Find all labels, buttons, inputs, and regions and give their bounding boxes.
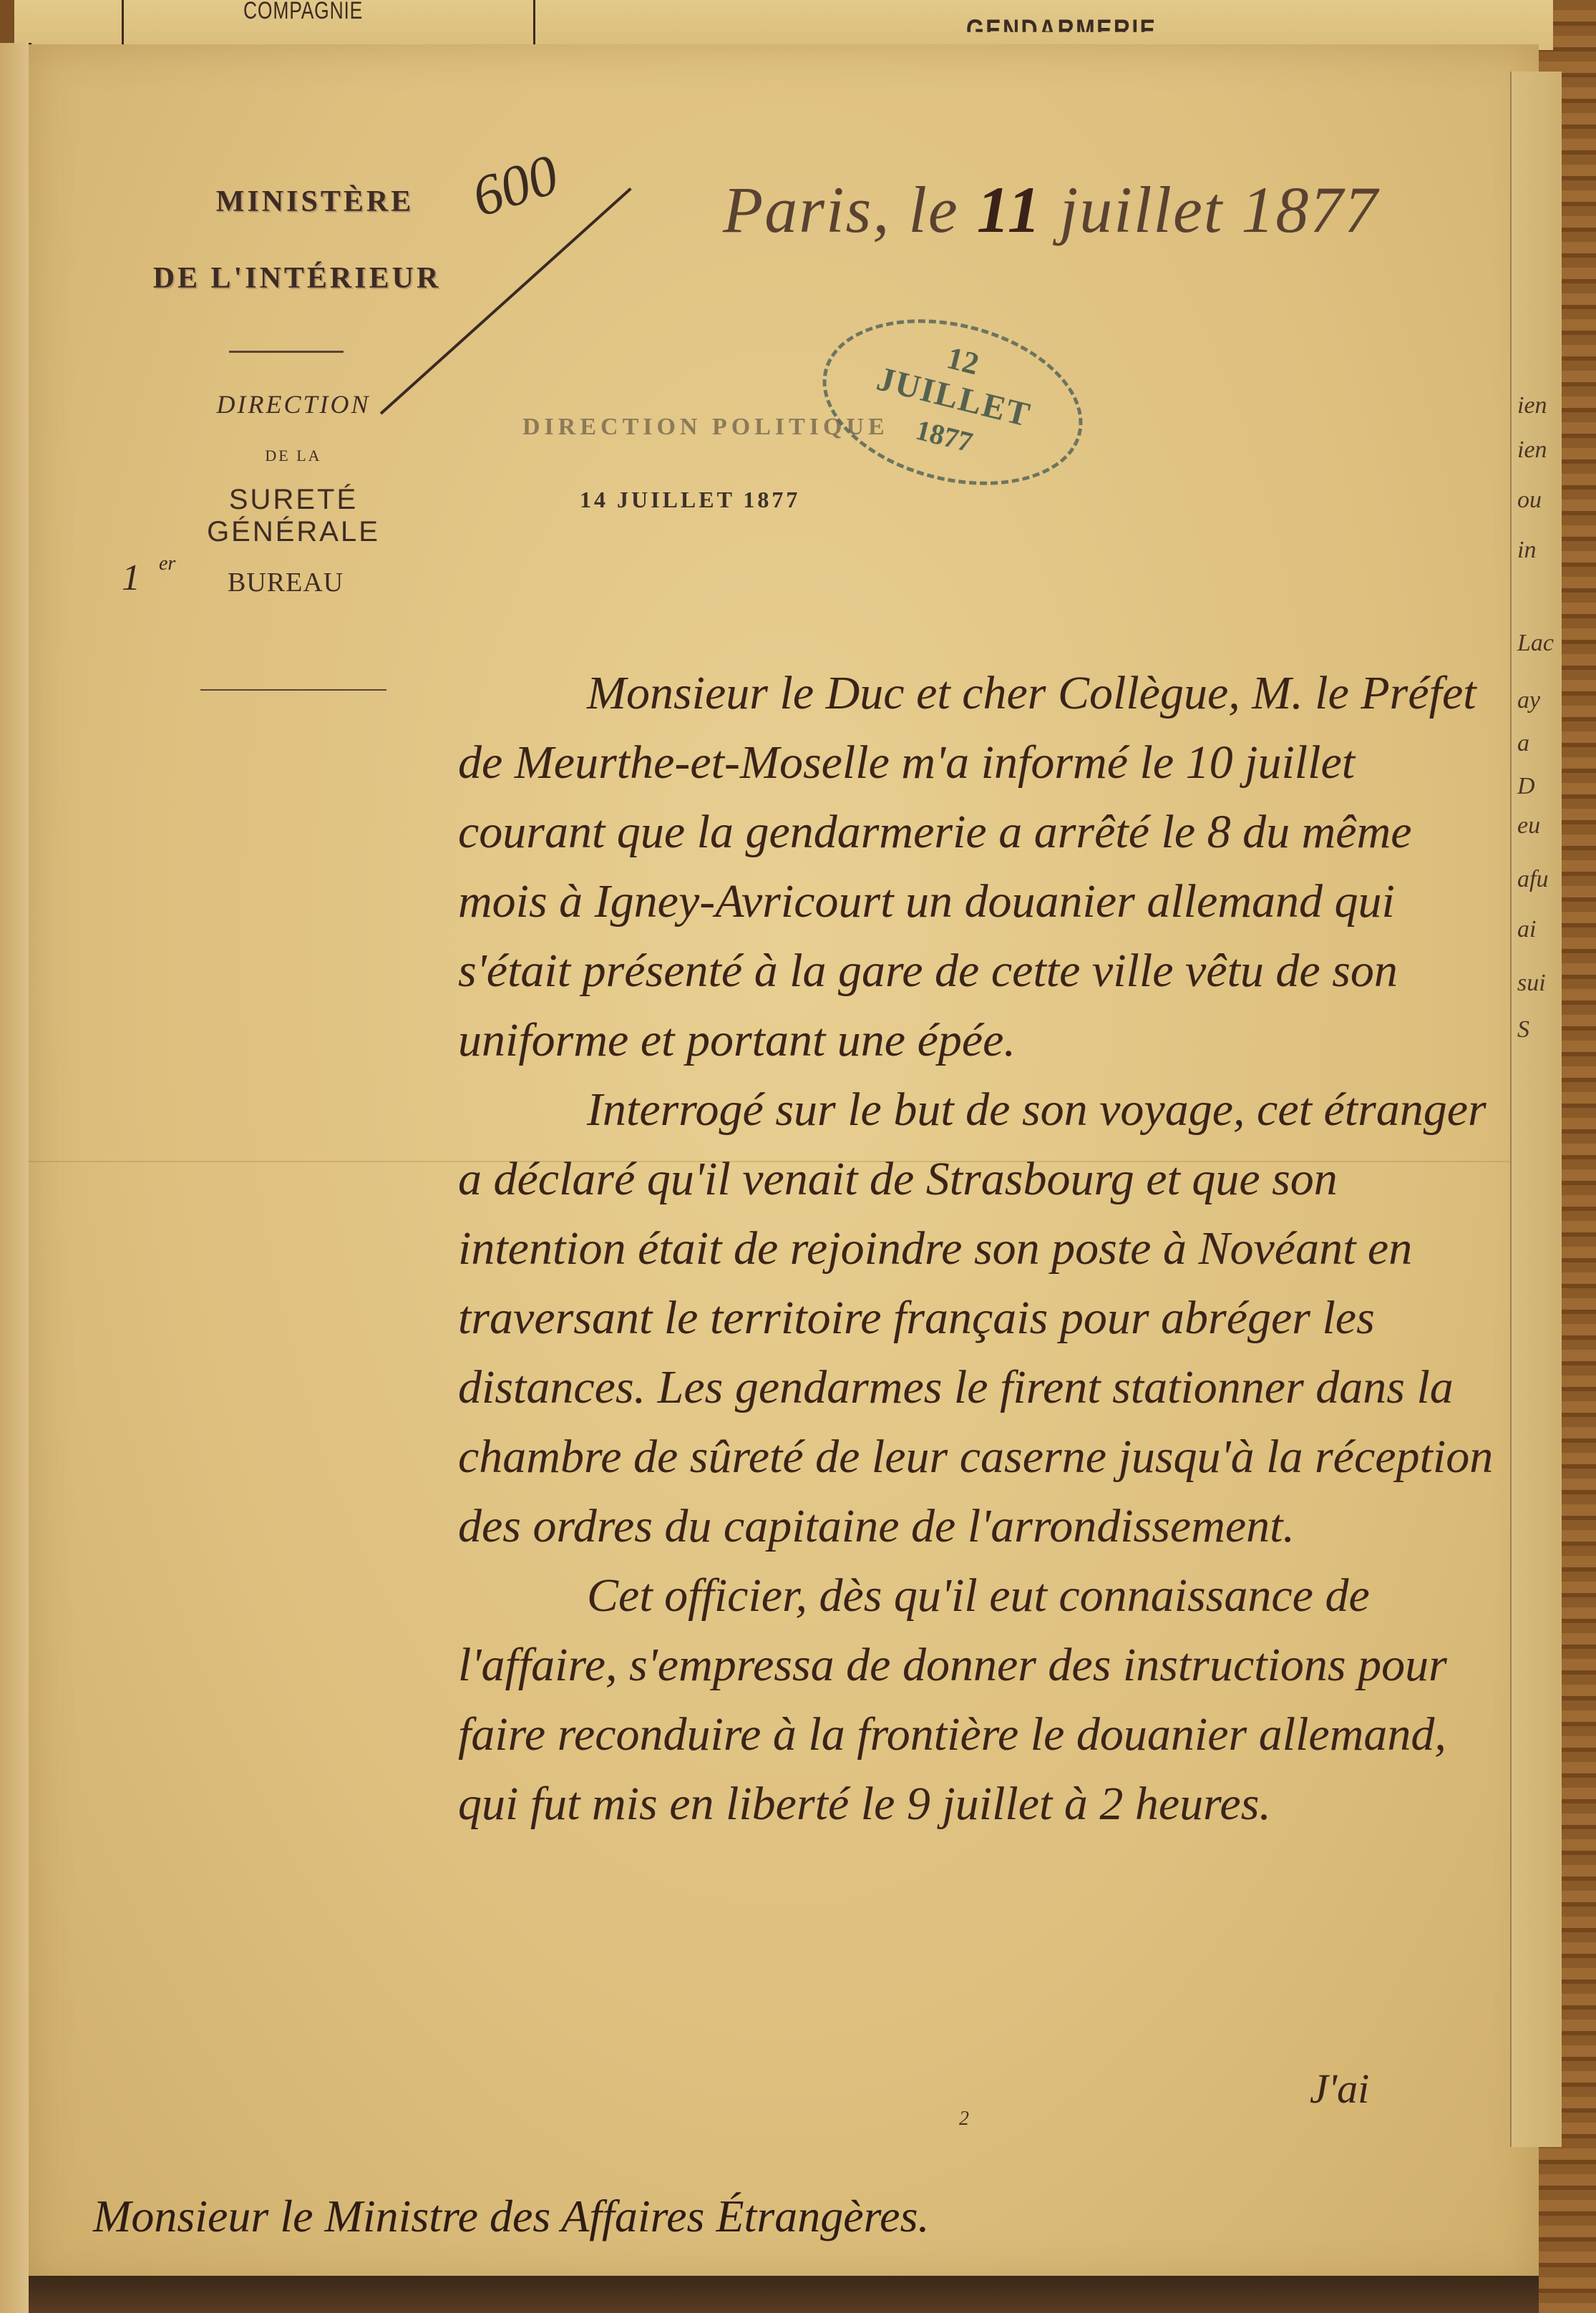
edge-fragment: S [1517, 1016, 1529, 1043]
addressee-line: Monsieur le Ministre des Affaires Étrang… [93, 2190, 929, 2243]
letterhead-interior: DE L'INTÉRIEUR [111, 261, 483, 296]
column-rule [122, 0, 124, 44]
underlying-sheet-top: COMPAGNIE GENDARMERIE [14, 0, 1553, 50]
body-paragraph: Interrogé sur le but de son voyage, cet … [458, 1075, 1503, 1561]
date-line: Paris, le 11 juillet 1877 [723, 172, 1378, 248]
letterhead-de-la: DE LA [250, 447, 336, 465]
left-backing-sheet [0, 43, 31, 2313]
edge-fragment: a [1517, 730, 1529, 757]
edge-fragment: eu [1517, 812, 1540, 839]
date-prefix: Paris, le [723, 173, 959, 246]
edge-fragment: ien [1517, 392, 1547, 419]
edge-fragment: sui [1517, 970, 1546, 997]
paper-bottom-shadow [29, 2276, 1539, 2313]
ornament-divider [229, 351, 344, 353]
clerk-initials: 2 [959, 2108, 969, 2131]
letterhead-ministry: MINISTÈRE [165, 185, 465, 219]
underlying-heading-compagnie: COMPAGNIE [243, 0, 363, 25]
bureau-number-suffix: er [159, 552, 175, 575]
bureau-label: BUREAU [228, 567, 344, 598]
date-year: 1877 [1241, 173, 1378, 246]
ornament-divider [200, 689, 386, 691]
column-rule [533, 0, 535, 44]
letterhead-direction: DIRECTION [186, 389, 401, 419]
edge-fragment: ien [1517, 437, 1547, 464]
underlying-heading-gendarmerie: GENDARMERIE [966, 14, 1157, 47]
body-paragraph: Monsieur le Duc et cher Collègue, M. le … [458, 658, 1503, 1075]
edge-fragment: Lac [1517, 630, 1554, 657]
edge-fragment: ai [1517, 916, 1536, 943]
date-day: 11 [977, 173, 1042, 246]
continuation-word: J'ai [1310, 2065, 1369, 2113]
edge-fragment: D [1517, 773, 1535, 800]
underlying-pages-edge [1510, 72, 1562, 2147]
edge-fragment: afu [1517, 866, 1548, 893]
edge-fragment: ay [1517, 687, 1540, 714]
letter-body: Monsieur le Duc et cher Collègue, M. le … [458, 658, 1503, 1839]
edge-fragment: ou [1517, 487, 1542, 514]
body-paragraph: Cet officier, dès qu'il eut connaissance… [458, 1561, 1503, 1839]
stamp-political-direction-date: 14 JUILLET 1877 [580, 487, 800, 513]
bureau-number: 1 [122, 557, 140, 599]
edge-fragment: in [1517, 537, 1536, 564]
date-month: juillet [1060, 173, 1224, 246]
letterhead-surete-generale: SURETÉ GÉNÉRALE [143, 484, 444, 548]
